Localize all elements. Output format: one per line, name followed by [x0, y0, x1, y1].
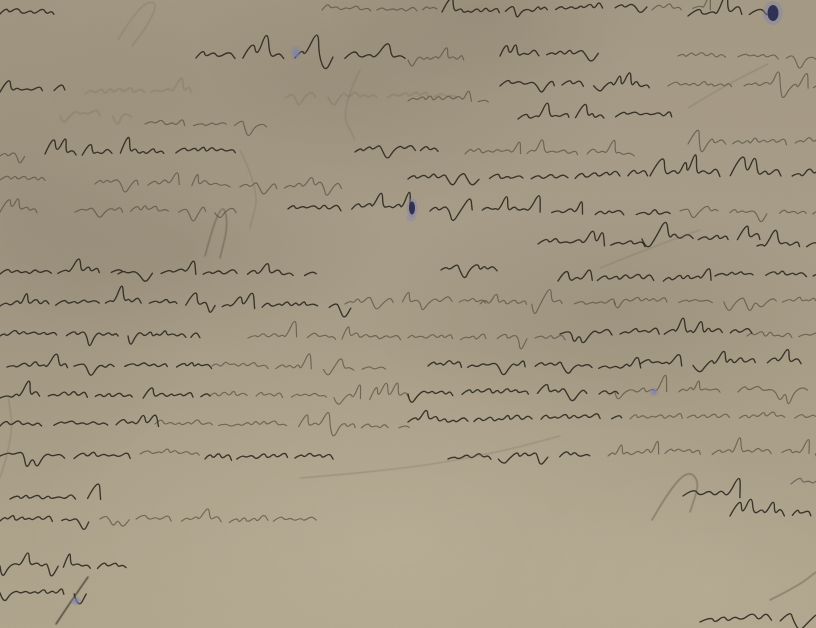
- ink-smudge: [406, 215, 416, 222]
- manuscript-page: [0, 0, 816, 628]
- ink-blot: [652, 390, 657, 395]
- handwriting-layer: [0, 0, 816, 628]
- ink-blot: [409, 202, 415, 215]
- ink-blot: [73, 599, 79, 604]
- ink-blot: [768, 5, 779, 21]
- ink-blot: [293, 49, 299, 57]
